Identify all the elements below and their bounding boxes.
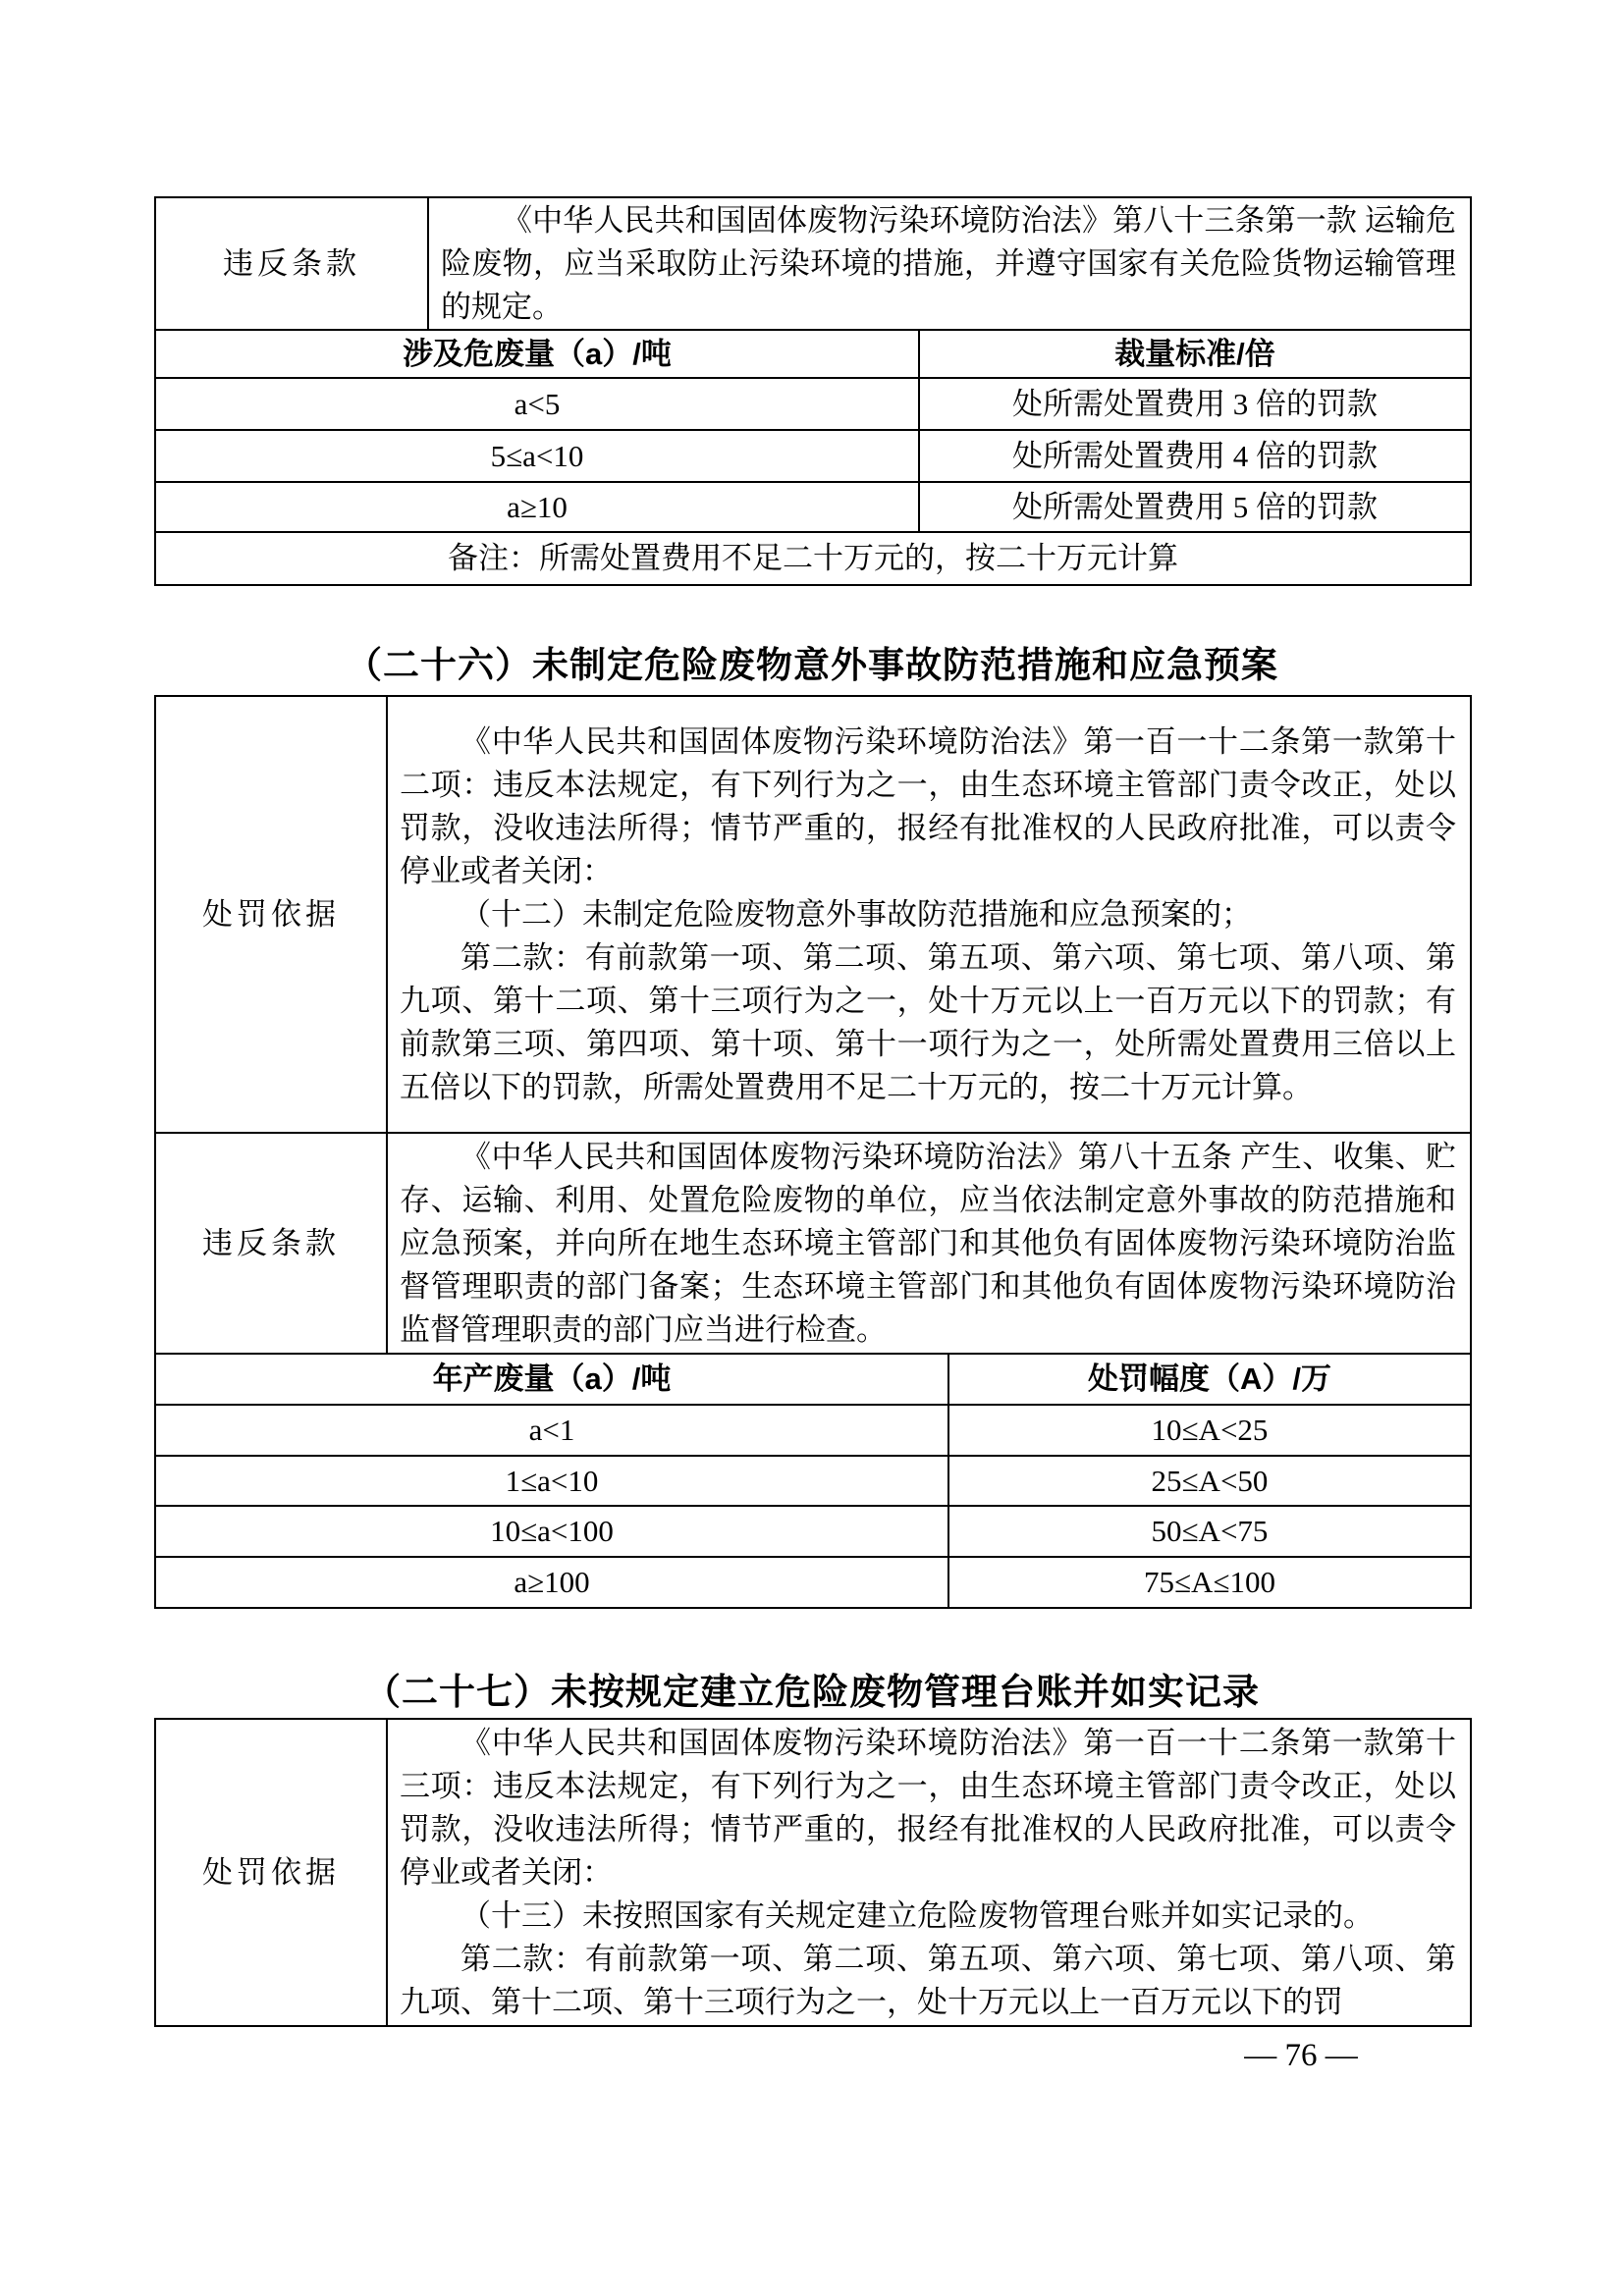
table-row: 处罚依据 《中华人民共和国固体废物污染环境防治法》第一百一十二条第一款第十二项：… — [155, 696, 1471, 1133]
document-page: 违反条款 《中华人民共和国固体废物污染环境防治法》第八十三条第一款 运输危险废物… — [0, 0, 1624, 2296]
amplitude-column-header: 处罚幅度（A）/万 — [948, 1354, 1471, 1405]
amplitude-value: 50≤A<75 — [948, 1506, 1471, 1557]
table-row: a≥100 75≤A≤100 — [155, 1557, 1471, 1608]
table-header-row: 涉及危废量（a）/吨 裁量标准/倍 — [155, 330, 1471, 378]
paragraph: （十二）未制定危险废物意外事故防范措施和应急预案的； — [400, 893, 1456, 936]
violation-clause-text: 《中华人民共和国固体废物污染环境防治法》第八十五条 产生、收集、贮存、运输、利用… — [387, 1133, 1471, 1354]
quantity-value: 1≤a<10 — [155, 1456, 948, 1506]
quantity-value: a≥10 — [155, 482, 919, 532]
penalty-table-transport: 违反条款 《中华人民共和国固体废物污染环境防治法》第八十三条第一款 运输危险废物… — [154, 196, 1472, 586]
quantity-column-header: 年产废量（a）/吨 — [155, 1354, 948, 1405]
table-row: 违反条款 《中华人民共和国固体废物污染环境防治法》第八十五条 产生、收集、贮存、… — [155, 1133, 1471, 1354]
violation-clause-label: 违反条款 — [155, 1133, 387, 1354]
quantity-value: 5≤a<10 — [155, 430, 919, 482]
paragraph: （十三）未按照国家有关规定建立危险废物管理台账并如实记录的。 — [400, 1895, 1456, 1938]
quantity-value: a<5 — [155, 378, 919, 430]
standard-value: 处所需处置费用 5 倍的罚款 — [919, 482, 1471, 532]
quantity-value: a≥100 — [155, 1557, 948, 1608]
paragraph: 《中华人民共和国固体废物污染环境防治法》第八十五条 产生、收集、贮存、运输、利用… — [400, 1136, 1456, 1352]
violation-clause-label: 违反条款 — [155, 197, 428, 330]
quantity-value: 10≤a<100 — [155, 1506, 948, 1557]
paragraph: 第二款：有前款第一项、第二项、第五项、第六项、第七项、第八项、第九项、第十二项、… — [400, 1938, 1456, 2024]
table-row: 10≤a<100 50≤A<75 — [155, 1506, 1471, 1557]
violation-clause-text: 《中华人民共和国固体废物污染环境防治法》第八十三条第一款 运输危险废物，应当采取… — [428, 197, 1471, 330]
penalty-table-emergency-plan: 处罚依据 《中华人民共和国固体废物污染环境防治法》第一百一十二条第一款第十二项：… — [154, 695, 1472, 1609]
penalty-basis-text: 《中华人民共和国固体废物污染环境防治法》第一百一十二条第一款第十二项：违反本法规… — [387, 696, 1471, 1133]
paragraph: 《中华人民共和国固体废物污染环境防治法》第一百一十二条第一款第十二项：违反本法规… — [400, 721, 1456, 893]
paragraph: 《中华人民共和国固体废物污染环境防治法》第八十三条第一款 运输危险废物，应当采取… — [441, 199, 1456, 329]
paragraph: 第二款：有前款第一项、第二项、第五项、第六项、第七项、第八项、第九项、第十二项、… — [400, 936, 1456, 1109]
standard-column-header: 裁量标准/倍 — [919, 330, 1471, 378]
amplitude-value: 10≤A<25 — [948, 1405, 1471, 1456]
page-number: — 76 — — [1193, 2036, 1409, 2075]
penalty-basis-label: 处罚依据 — [155, 696, 387, 1133]
penalty-table-ledger: 处罚依据 《中华人民共和国固体废物污染环境防治法》第一百一十二条第一款第十三项：… — [154, 1718, 1472, 2027]
table-row: 5≤a<10 处所需处置费用 4 倍的罚款 — [155, 430, 1471, 482]
table-row: a<5 处所需处置费用 3 倍的罚款 — [155, 378, 1471, 430]
table-row: a≥10 处所需处置费用 5 倍的罚款 — [155, 482, 1471, 532]
table-note: 备注：所需处置费用不足二十万元的，按二十万元计算 — [155, 532, 1471, 585]
penalty-basis-text: 《中华人民共和国固体废物污染环境防治法》第一百一十二条第一款第十三项：违反本法规… — [387, 1719, 1471, 2026]
table-header-row: 年产废量（a）/吨 处罚幅度（A）/万 — [155, 1354, 1471, 1405]
table-row: 违反条款 《中华人民共和国固体废物污染环境防治法》第八十三条第一款 运输危险废物… — [155, 197, 1471, 330]
quantity-value: a<1 — [155, 1405, 948, 1456]
section-26-heading: （二十六）未制定危险废物意外事故防范措施和应急预案 — [154, 642, 1470, 689]
table-row: 处罚依据 《中华人民共和国固体废物污染环境防治法》第一百一十二条第一款第十三项：… — [155, 1719, 1471, 2026]
section-27-heading: （二十七）未按规定建立危险废物管理台账并如实记录 — [154, 1669, 1470, 1716]
table-row: 1≤a<10 25≤A<50 — [155, 1456, 1471, 1506]
quantity-column-header: 涉及危废量（a）/吨 — [155, 330, 919, 378]
penalty-basis-label: 处罚依据 — [155, 1719, 387, 2026]
amplitude-value: 25≤A<50 — [948, 1456, 1471, 1506]
table-row: a<1 10≤A<25 — [155, 1405, 1471, 1456]
paragraph: 《中华人民共和国固体废物污染环境防治法》第一百一十二条第一款第十三项：违反本法规… — [400, 1722, 1456, 1895]
standard-value: 处所需处置费用 3 倍的罚款 — [919, 378, 1471, 430]
standard-value: 处所需处置费用 4 倍的罚款 — [919, 430, 1471, 482]
table-row: 备注：所需处置费用不足二十万元的，按二十万元计算 — [155, 532, 1471, 585]
amplitude-value: 75≤A≤100 — [948, 1557, 1471, 1608]
